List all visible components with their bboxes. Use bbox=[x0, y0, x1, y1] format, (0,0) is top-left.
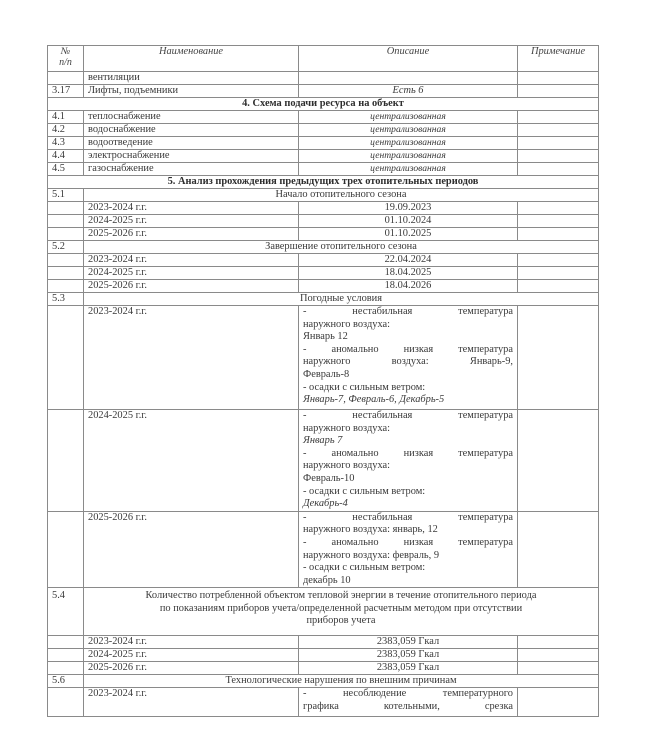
row-note bbox=[518, 150, 599, 163]
section-4-heading-row: 4. Схема подачи ресурса на объект bbox=[48, 98, 599, 111]
table-row: 2023-2024 г.г. 2383,059 Гкал bbox=[48, 636, 599, 649]
table-row: 4.1 теплоснабжение централизованная bbox=[48, 111, 599, 124]
row-period: 2023-2024 г.г. bbox=[84, 688, 299, 717]
table-row: 2023-2024 г.г. - несоблюдение температур… bbox=[48, 688, 599, 717]
weather-line: наружного воздуха: bbox=[303, 319, 513, 332]
row-period: 2024-2025 г.г. bbox=[84, 267, 299, 280]
row-num: 5.3 bbox=[48, 293, 84, 306]
section-5-heading-row: 5. Анализ прохождения предыдущих трех от… bbox=[48, 176, 599, 189]
row-note bbox=[518, 202, 599, 215]
row-num bbox=[48, 228, 84, 241]
weather-line: - нестабильная температура bbox=[303, 410, 513, 423]
row-note bbox=[518, 636, 599, 649]
row-period: 2023-2024 г.г. bbox=[84, 306, 299, 410]
row-period: 2024-2025 г.г. bbox=[84, 215, 299, 228]
row-note bbox=[518, 511, 599, 588]
weather-line: наружного воздуха: февраль, 9 bbox=[303, 550, 513, 563]
table-row: 4.3 водоотведение централизованная bbox=[48, 137, 599, 150]
row-period: 2023-2024 г.г. bbox=[84, 254, 299, 267]
row-value: 01.10.2025 bbox=[299, 228, 518, 241]
header-num-line1: № bbox=[52, 46, 79, 57]
table-row: 2024-2025 г.г. - нестабильная температур… bbox=[48, 410, 599, 512]
weather-line: - нестабильная температура bbox=[303, 512, 513, 525]
row-note bbox=[518, 267, 599, 280]
weather-line: наружного воздуха: январь, 12 bbox=[303, 524, 513, 537]
violation-description: - несоблюдение температурного графика ко… bbox=[299, 688, 518, 717]
row-name: вентиляции bbox=[84, 72, 299, 85]
row-name: водоотведение bbox=[84, 137, 299, 150]
row-note bbox=[518, 688, 599, 717]
row-note bbox=[518, 254, 599, 267]
row-value: 01.10.2024 bbox=[299, 215, 518, 228]
header-description: Описание bbox=[299, 46, 518, 72]
subsection-title: Технологические нарушения по внешним при… bbox=[84, 675, 599, 688]
row-num bbox=[48, 688, 84, 717]
row-num: 3.17 bbox=[48, 85, 84, 98]
weather-line: декабрь 10 bbox=[303, 575, 513, 588]
row-period: 2025-2026 г.г. bbox=[84, 511, 299, 588]
row-period: 2023-2024 г.г. bbox=[84, 202, 299, 215]
row-note bbox=[518, 215, 599, 228]
weather-line: Январь-7, Февраль-6, Декабрь-5 bbox=[303, 394, 513, 407]
table-row: 2025-2026 г.г. 2383,059 Гкал bbox=[48, 662, 599, 675]
row-note bbox=[518, 124, 599, 137]
table-row: 4.2 водоснабжение централизованная bbox=[48, 124, 599, 137]
row-name: Лифты, подъемники bbox=[84, 85, 299, 98]
table-row: 4.5 газоснабжение централизованная bbox=[48, 163, 599, 176]
weather-line: - аномально низкая температура bbox=[303, 448, 513, 461]
row-num: 4.3 bbox=[48, 137, 84, 150]
weather-line: - осадки с сильным ветром: bbox=[303, 562, 513, 575]
row-value: 19.09.2023 bbox=[299, 202, 518, 215]
table-row: 3.17 Лифты, подъемники Есть 6 bbox=[48, 85, 599, 98]
row-note bbox=[518, 228, 599, 241]
subsection-title: Начало отопительного сезона bbox=[84, 189, 599, 202]
weather-line: - осадки с сильным ветром: bbox=[303, 382, 513, 395]
table-row: 2023-2024 г.г. 22.04.2024 bbox=[48, 254, 599, 267]
row-description: централизованная bbox=[299, 111, 518, 124]
row-num bbox=[48, 72, 84, 85]
row-note bbox=[518, 85, 599, 98]
row-num: 5.6 bbox=[48, 675, 84, 688]
row-note bbox=[518, 280, 599, 293]
row-description: централизованная bbox=[299, 150, 518, 163]
row-name: теплоснабжение bbox=[84, 111, 299, 124]
weather-line: наружного воздуха: Январь-9, bbox=[303, 356, 513, 369]
row-period: 2025-2026 г.г. bbox=[84, 228, 299, 241]
table-row: 2024-2025 г.г. 2383,059 Гкал bbox=[48, 649, 599, 662]
row-num bbox=[48, 636, 84, 649]
row-note bbox=[518, 410, 599, 512]
row-value: 2383,059 Гкал bbox=[299, 636, 518, 649]
subsection-5-6-row: 5.6 Технологические нарушения по внешним… bbox=[48, 675, 599, 688]
weather-description: - нестабильная температура наружного воз… bbox=[299, 410, 518, 512]
row-period: 2025-2026 г.г. bbox=[84, 662, 299, 675]
row-num: 5.4 bbox=[48, 588, 84, 636]
subsection-title: Погодные условия bbox=[84, 293, 599, 306]
row-num bbox=[48, 306, 84, 410]
weather-line: - аномально низкая температура bbox=[303, 537, 513, 550]
weather-line: Февраль-8 bbox=[303, 369, 513, 382]
weather-line: Январь 7 bbox=[303, 435, 513, 448]
document-table: № п/п Наименование Описание Примечание в… bbox=[47, 45, 599, 717]
row-note bbox=[518, 662, 599, 675]
table-row: 2025-2026 г.г. 18.04.2026 bbox=[48, 280, 599, 293]
row-value: 22.04.2024 bbox=[299, 254, 518, 267]
row-period: 2024-2025 г.г. bbox=[84, 649, 299, 662]
row-value: 18.04.2026 bbox=[299, 280, 518, 293]
row-num bbox=[48, 410, 84, 512]
weather-description: - нестабильная температура наружного воз… bbox=[299, 511, 518, 588]
header-num: № п/п bbox=[48, 46, 84, 72]
subsection-5-2-row: 5.2 Завершение отопительного сезона bbox=[48, 241, 599, 254]
table-row: 2024-2025 г.г. 18.04.2025 bbox=[48, 267, 599, 280]
header-name: Наименование bbox=[84, 46, 299, 72]
row-description: Есть 6 bbox=[299, 85, 518, 98]
row-note bbox=[518, 306, 599, 410]
row-num: 5.2 bbox=[48, 241, 84, 254]
weather-line: - аномально низкая температура bbox=[303, 344, 513, 357]
subsection-title: Завершение отопительного сезона bbox=[84, 241, 599, 254]
violation-line: - несоблюдение температурного bbox=[303, 688, 513, 701]
subsection-title-line: по показаниям приборов учета/определенно… bbox=[88, 603, 594, 615]
table-row: 2023-2024 г.г. 19.09.2023 bbox=[48, 202, 599, 215]
row-num bbox=[48, 215, 84, 228]
row-value: 2383,059 Гкал bbox=[299, 662, 518, 675]
row-note bbox=[518, 111, 599, 124]
subsection-title-line: приборов учета bbox=[88, 615, 594, 627]
row-note bbox=[518, 137, 599, 150]
row-num: 4.2 bbox=[48, 124, 84, 137]
table-row: 2024-2025 г.г. 01.10.2024 bbox=[48, 215, 599, 228]
table-row: 2023-2024 г.г. - нестабильная температур… bbox=[48, 306, 599, 410]
row-note bbox=[518, 649, 599, 662]
row-name: газоснабжение bbox=[84, 163, 299, 176]
table-row: 2025-2026 г.г. - нестабильная температур… bbox=[48, 511, 599, 588]
row-num bbox=[48, 511, 84, 588]
row-description: централизованная bbox=[299, 163, 518, 176]
header-num-line2: п/п bbox=[52, 57, 79, 68]
weather-line: наружного воздуха: bbox=[303, 460, 513, 473]
row-num bbox=[48, 649, 84, 662]
row-note bbox=[518, 72, 599, 85]
row-name: водоснабжение bbox=[84, 124, 299, 137]
row-description: централизованная bbox=[299, 137, 518, 150]
row-num: 5.1 bbox=[48, 189, 84, 202]
table-row: 2025-2026 г.г. 01.10.2025 bbox=[48, 228, 599, 241]
row-num bbox=[48, 202, 84, 215]
header-note: Примечание bbox=[518, 46, 599, 72]
subsection-5-1-row: 5.1 Начало отопительного сезона bbox=[48, 189, 599, 202]
subsection-title: Количество потребленной объектом теплово… bbox=[84, 588, 599, 636]
weather-line: наружного воздуха: bbox=[303, 423, 513, 436]
section-4-title: 4. Схема подачи ресурса на объект bbox=[48, 98, 599, 111]
section-5-title: 5. Анализ прохождения предыдущих трех от… bbox=[48, 176, 599, 189]
table-header-row: № п/п Наименование Описание Примечание bbox=[48, 46, 599, 72]
row-num bbox=[48, 280, 84, 293]
row-num bbox=[48, 267, 84, 280]
row-name: электроснабжение bbox=[84, 150, 299, 163]
violation-line: графика котельными, срезка bbox=[303, 701, 513, 714]
weather-line: Декабрь-4 bbox=[303, 498, 513, 511]
weather-line: Январь 12 bbox=[303, 331, 513, 344]
row-period: 2023-2024 г.г. bbox=[84, 636, 299, 649]
row-num: 4.4 bbox=[48, 150, 84, 163]
weather-line: - нестабильная температура bbox=[303, 306, 513, 319]
row-period: 2024-2025 г.г. bbox=[84, 410, 299, 512]
subsection-title-line: Количество потребленной объектом теплово… bbox=[88, 588, 594, 602]
row-description bbox=[299, 72, 518, 85]
row-period: 2025-2026 г.г. bbox=[84, 280, 299, 293]
weather-line: - осадки с сильным ветром: bbox=[303, 486, 513, 499]
row-note bbox=[518, 163, 599, 176]
table-row: вентиляции bbox=[48, 72, 599, 85]
table-row: 4.4 электроснабжение централизованная bbox=[48, 150, 599, 163]
row-value: 2383,059 Гкал bbox=[299, 649, 518, 662]
row-value: 18.04.2025 bbox=[299, 267, 518, 280]
row-num: 4.5 bbox=[48, 163, 84, 176]
subsection-5-4-row: 5.4 Количество потребленной объектом теп… bbox=[48, 588, 599, 636]
row-description: централизованная bbox=[299, 124, 518, 137]
subsection-5-3-row: 5.3 Погодные условия bbox=[48, 293, 599, 306]
weather-description: - нестабильная температура наружного воз… bbox=[299, 306, 518, 410]
row-num bbox=[48, 254, 84, 267]
weather-line: Февраль-10 bbox=[303, 473, 513, 486]
row-num: 4.1 bbox=[48, 111, 84, 124]
row-num bbox=[48, 662, 84, 675]
